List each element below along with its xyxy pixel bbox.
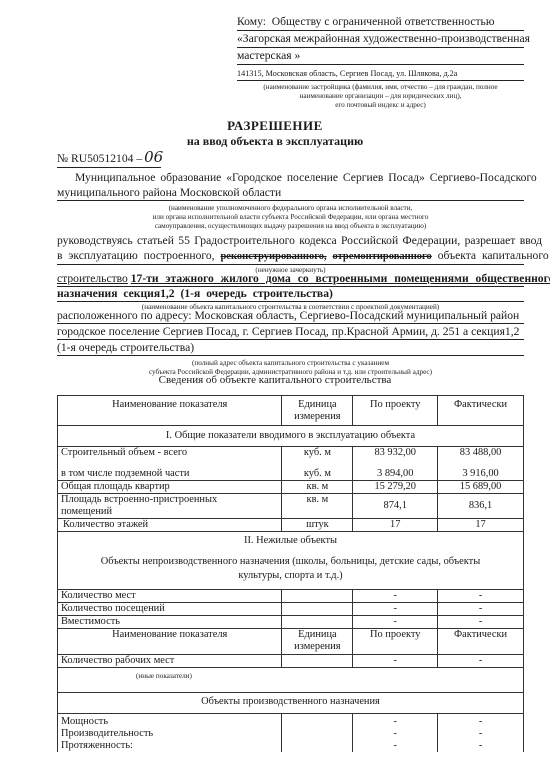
- issuer-note: (наименование уполномоченного федерально…: [57, 204, 524, 231]
- permit-number: № RU50512104 –06: [57, 149, 161, 168]
- section-2-row: II. Нежилые объекты Объекты непроизводст…: [58, 532, 524, 590]
- addressee-address: 141315, Московская область, Сергиев Поса…: [237, 65, 524, 81]
- object-name-line2: назначения секция1,2 (1-я очередь строит…: [57, 287, 524, 302]
- table-header-row: Наименование показателя Единица измерени…: [58, 396, 524, 426]
- table-row: Вместимость - -: [58, 616, 524, 629]
- permit-number-handwritten: 06: [144, 148, 163, 166]
- table-row: Количество этажей штук 17 17: [58, 519, 524, 532]
- header-unit: Единица измерения: [282, 396, 353, 426]
- issuer-line-1: Муниципальное образование «Городское пос…: [57, 170, 524, 185]
- object-info-table: Наименование показателя Единица измерени…: [57, 395, 524, 752]
- table-row: Количество мест - -: [58, 590, 524, 603]
- struck-reconstructed: реконструированного,: [220, 251, 326, 262]
- object-line-1: строительство 17-ти этажного жилого дома…: [57, 272, 524, 287]
- header-plan: По проекту: [353, 396, 438, 426]
- location-block: расположенного по адресу: Московская обл…: [57, 308, 524, 377]
- addressee-org-line1: Обществу с ограниченной ответственностью: [272, 15, 495, 28]
- basis-line-2: в эксплуатацию построенного, реконструир…: [57, 248, 524, 265]
- other-indicators-label: (иные показатели): [136, 672, 192, 680]
- issuer-line-2: муниципального района Московской области: [57, 185, 524, 201]
- object-name-line1: 17-ти этажного жилого дома со встроенным…: [131, 272, 550, 285]
- location-line-3: (1-я очередь строительства): [57, 340, 524, 356]
- addressee-note: (наименование застройщика (фамилия, имя,…: [237, 83, 524, 110]
- table-subheader-row: Наименование показателя Единица измерени…: [58, 629, 524, 655]
- section-1-row: I. Общие показатели вводимого в эксплуат…: [58, 426, 524, 447]
- addressee-block: Кому: Обществу с ограниченной ответствен…: [237, 14, 524, 110]
- addressee-line-2: «Загорская межрайонная художественно-про…: [237, 31, 524, 48]
- table-row: в том числе подземной части куб. м 3 894…: [58, 460, 524, 481]
- addressee-line-3: мастерская »: [237, 48, 524, 65]
- section-2-title: II. Нежилые объекты: [88, 535, 493, 547]
- basis-block: руководствуясь статьей 55 Градостроитель…: [57, 233, 524, 275]
- table-row: Общая площадь квартир кв. м 15 279,20 15…: [58, 481, 524, 494]
- addressee-line-1: Кому: Обществу с ограниченной ответствен…: [237, 14, 524, 31]
- table-row: Площадь встроенно-пристроенных помещений…: [58, 494, 524, 519]
- table-row: Строительный объем - всего куб. м 83 932…: [58, 447, 524, 460]
- section-2-subtitle: Объекты непроизводственного назначения (…: [88, 555, 493, 583]
- table-row: Количество рабочих мест - -: [58, 655, 524, 668]
- location-line-1: расположенного по адресу: Московская обл…: [57, 308, 524, 324]
- document-title: РАЗРЕШЕНИЕ: [0, 118, 550, 134]
- basis-line-1: руководствуясь статьей 55 Градостроитель…: [57, 233, 524, 248]
- section-3-title: Объекты производственного назначения: [58, 693, 524, 714]
- other-indicators-row: (иные показатели): [58, 668, 524, 693]
- object-block: строительство 17-ти этажного жилого дома…: [57, 272, 524, 312]
- header-fact: Фактически: [438, 396, 524, 426]
- addressee-label: Кому:: [237, 15, 266, 28]
- issuer-block: Муниципальное образование «Городское пос…: [57, 170, 524, 231]
- section-1-title: I. Общие показатели вводимого в эксплуат…: [58, 426, 524, 447]
- table-title: Сведения об объекте капитального строите…: [0, 374, 550, 386]
- section-3-row: Объекты производственного назначения: [58, 693, 524, 714]
- struck-repaired: отремонтированного: [333, 251, 432, 262]
- location-line-2: городское поселение Сергиев Посад, г. Се…: [57, 324, 524, 340]
- section-2-block: II. Нежилые объекты Объекты непроизводст…: [58, 532, 524, 590]
- table-row: Количество посещений - -: [58, 603, 524, 616]
- permit-number-prefix: № RU50512104 –: [57, 152, 142, 165]
- table-row: Мощность Производительность Протяженност…: [58, 714, 524, 753]
- document-subtitle: на ввод объекта в эксплуатацию: [0, 134, 550, 149]
- header-indicator: Наименование показателя: [58, 396, 282, 426]
